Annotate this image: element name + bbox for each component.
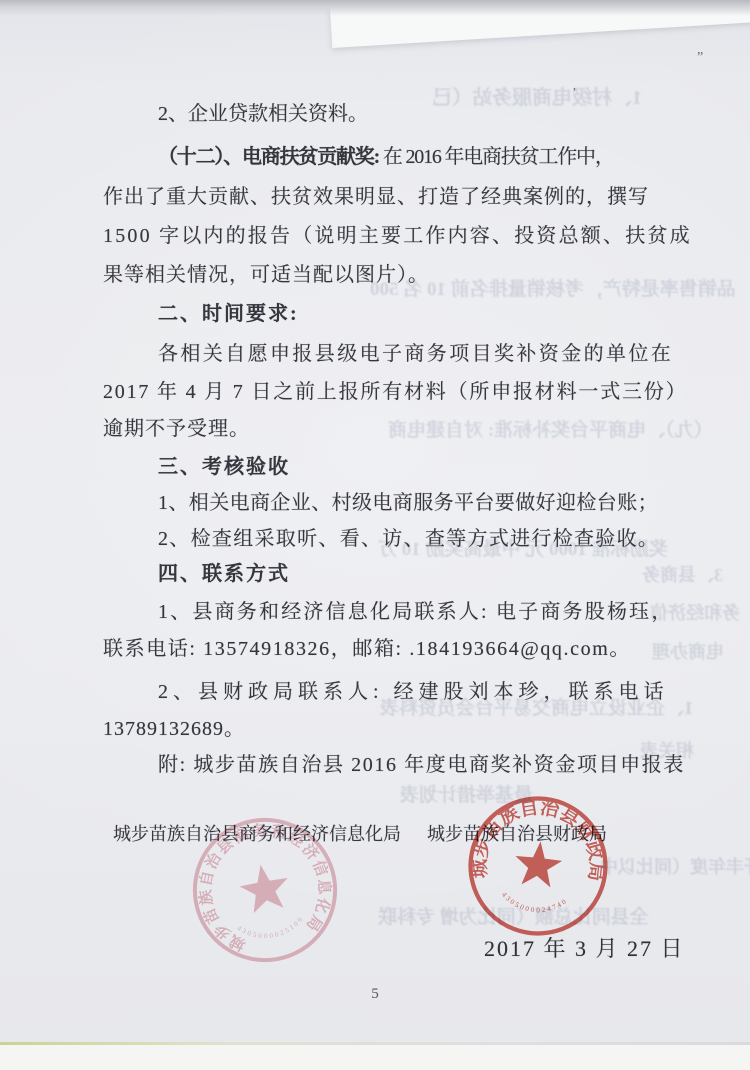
document-date: 2017 年 3 月 27 日 — [484, 932, 685, 963]
svg-text:4305000024740: 4305000024740 — [498, 890, 568, 917]
paragraph-loan-materials: 2、企业贷款相关资料。 — [103, 101, 663, 128]
paragraph-line: 2、检查组采取听、看、访、查等方式进行检查验收。 — [103, 526, 663, 553]
paragraph-contact-phone-email: 联系电话: 13574918326，邮箱: .184193664@qq.com。 — [103, 636, 663, 663]
paragraph-line: 2、县财政局联系人: 经建股刘本珍，联系电话 — [103, 679, 663, 706]
paragraph-line: 逾期不予受理。 — [103, 416, 663, 443]
paragraph-line: 1、县商务和经济信息化局联系人: 电子商务股杨珏， — [103, 599, 663, 626]
seal-serial-number: 4305000024740 — [498, 890, 568, 917]
paragraph-line: 作出了重大贡献、扶贫效果明显、打造了经典案例的，撰写 — [103, 184, 663, 211]
paragraph-attachment-note: 附: 城步苗族自治县 2016 年度电商奖补资金项目申报表 — [103, 752, 663, 779]
paragraph-line: 1500 字以内的报告（说明主要工作内容、投资总额、扶贫成 — [103, 223, 663, 250]
scanned-document-page: ’ ” 1、村级电商服务站（已 品销售率是特产，考核销量排名前 10 名 500… — [0, 0, 750, 1070]
scan-edge-top — [0, 0, 750, 16]
official-seal-finance-bureau: 城步苗族自治县财政局 4305000024740 — [454, 782, 621, 949]
scan-edge-bottom — [0, 1045, 750, 1070]
paragraph-line: 果等相关情况，可适当配以图片）。 — [103, 262, 663, 289]
bleedthrough-text: 开丰年度（同比以中 — [600, 858, 750, 876]
heading-12-bold: （十二）、电商扶贫贡献奖: — [158, 146, 379, 168]
heading-12-rest: 在 2016 年电商扶贫工作中， — [379, 146, 614, 168]
heading-contact-info: 四、联系方式 — [103, 561, 663, 588]
heading-time-requirement: 二、时间要求: — [103, 301, 663, 328]
star-icon — [237, 860, 293, 914]
paragraph-line: 2017 年 4 月 7 日之前上报所有材料（所申报材料一式三份） — [103, 379, 663, 406]
page-number: 5 — [0, 986, 750, 1003]
heading-assessment-acceptance: 三、考核验收 — [103, 454, 663, 481]
star-icon — [513, 839, 564, 888]
scan-speckle: ” — [697, 50, 703, 66]
paragraph-phone-number: 13789132689。 — [103, 716, 663, 743]
paragraph-line: 各相关自愿申报县级电子商务项目奖补资金的单位在 — [103, 341, 663, 368]
official-seal-commerce-bureau: 城步苗族自治县商务和经济信息化局 4305000025109 — [173, 798, 356, 981]
paragraph-line: 1、相关电商企业、村级电商服务平台要做好迎检台账； — [103, 490, 663, 517]
heading-12-ecommerce-poverty-award: （十二）、电商扶贫贡献奖: 在 2016 年电商扶贫工作中， — [103, 144, 663, 171]
